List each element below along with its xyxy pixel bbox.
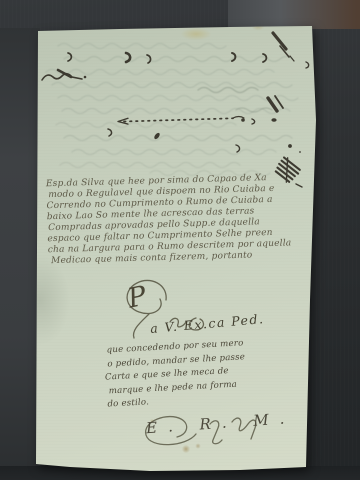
closing-flourish-loops bbox=[0, 0, 360, 480]
manuscript-photo: { "meta": { "subject": "Photographed han… bbox=[0, 0, 360, 480]
